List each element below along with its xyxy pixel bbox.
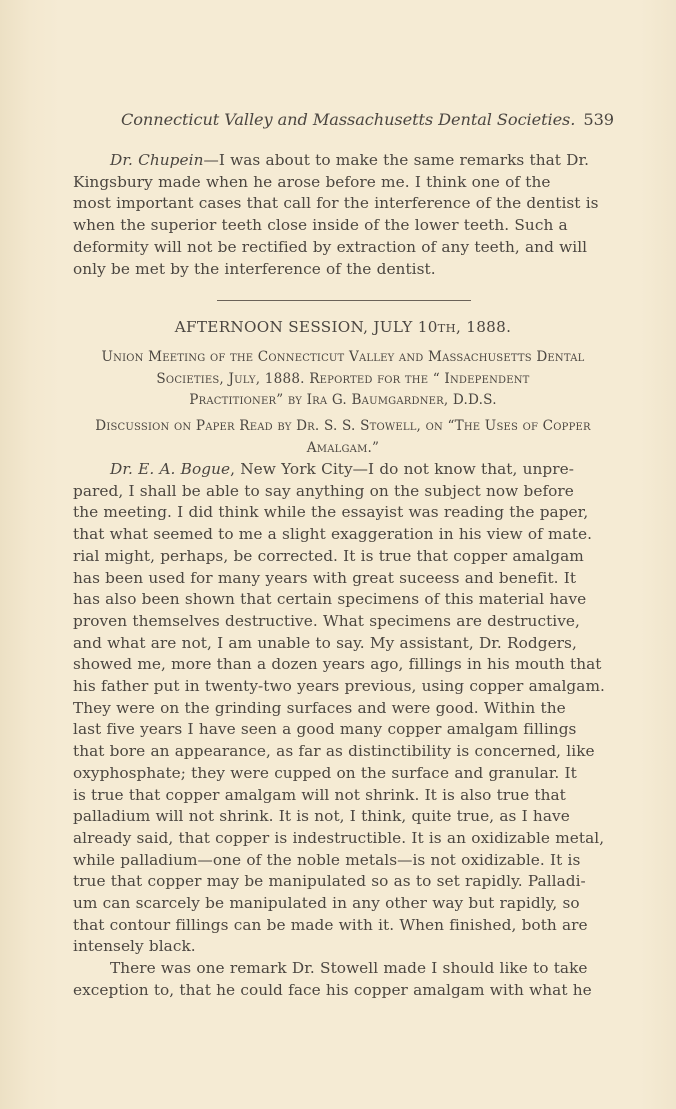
text-line: the meeting. I did think while the essay… [73, 503, 588, 521]
text-line: while palladium—one of the noble metals—… [73, 851, 580, 869]
text-line: that contour fillings can be made with i… [73, 916, 588, 934]
text-line: and what are not, I am unable to say. My… [73, 634, 577, 652]
text-line: that what seemed to me a slight exaggera… [73, 525, 592, 543]
text-line: Kingsbury made when he arose before me. … [73, 173, 550, 191]
text-line: palladium will not shrink. It is not, I … [73, 807, 570, 825]
paragraph-bogue: Dr. E. A. Bogue, New York City—I do not … [73, 459, 613, 958]
text-line: , New York City—I do not know that, unpr… [230, 460, 574, 478]
session-title-year: , 1888. [456, 318, 511, 336]
page-number: 539 [583, 110, 614, 129]
session-title-ordinal: TH [438, 321, 456, 335]
text-line: that bore an appearance, as far as disti… [73, 742, 595, 760]
text-line: is true that copper amalgam will not shr… [73, 786, 566, 804]
text-line: has also been shown that certain specime… [73, 590, 586, 608]
running-head: Connecticut Valley and Massachusetts Den… [121, 110, 614, 129]
section-divider [217, 300, 471, 301]
text-line: has been used for many years with great … [73, 569, 576, 587]
text-line: exception to, that he could face his cop… [73, 981, 592, 999]
text-line: There was one remark Dr. Stowell made I … [110, 959, 588, 977]
text-line: Practitioner” by Ira G. Baumgardner, D.D… [189, 392, 496, 408]
speaker-name: Dr. Chupein [110, 151, 203, 169]
session-title: AFTERNOON SESSION, JULY 10TH, 1888. [73, 318, 613, 336]
text-line: They were on the grinding surfaces and w… [73, 699, 566, 717]
text-line: last five years I have seen a good many … [73, 720, 576, 738]
text-line: Discussion on Paper Read by Dr. S. S. St… [95, 418, 590, 434]
text-line: Societies, July, 1888. Reported for the … [156, 371, 529, 387]
text-line: deformity will not be rectified by extra… [73, 238, 587, 256]
discussion-heading: Discussion on Paper Read by Dr. S. S. St… [73, 416, 613, 459]
text-line: most important cases that call for the i… [73, 194, 599, 212]
paragraph-stowell-remark: There was one remark Dr. Stowell made I … [73, 958, 613, 1001]
text-line: pared, I shall be able to say anything o… [73, 482, 574, 500]
text-line: only be met by the interference of the d… [73, 260, 436, 278]
meeting-heading: Union Meeting of the Connecticut Valley … [73, 347, 613, 412]
speaker-name: Dr. E. A. Bogue [110, 460, 230, 478]
text-line: true that copper may be manipulated so a… [73, 872, 586, 890]
text-line: Union Meeting of the Connecticut Valley … [102, 349, 585, 365]
text-line: um can scarcely be manipulated in any ot… [73, 894, 580, 912]
text-line: Amalgam.” [307, 440, 379, 456]
text-line: intensely black. [73, 937, 196, 955]
text-line: oxyphosphate; they were cupped on the su… [73, 764, 577, 782]
text-line: already said, that copper is indestructi… [73, 829, 604, 847]
paragraph-chupein: Dr. Chupein—I was about to make the same… [73, 150, 613, 280]
text-line: when the superior teeth close inside of … [73, 216, 568, 234]
session-title-main: AFTERNOON SESSION, JULY 10 [175, 318, 438, 336]
text-line: —I was about to make the same remarks th… [203, 151, 589, 169]
text-line: his father put in twenty-two years previ… [73, 677, 605, 695]
text-line: proven themselves destructive. What spec… [73, 612, 580, 630]
text-line: showed me, more than a dozen years ago, … [73, 655, 602, 673]
text-line: rial might, perhaps, be corrected. It is… [73, 547, 584, 565]
running-head-title: Connecticut Valley and Massachusetts Den… [121, 110, 575, 129]
